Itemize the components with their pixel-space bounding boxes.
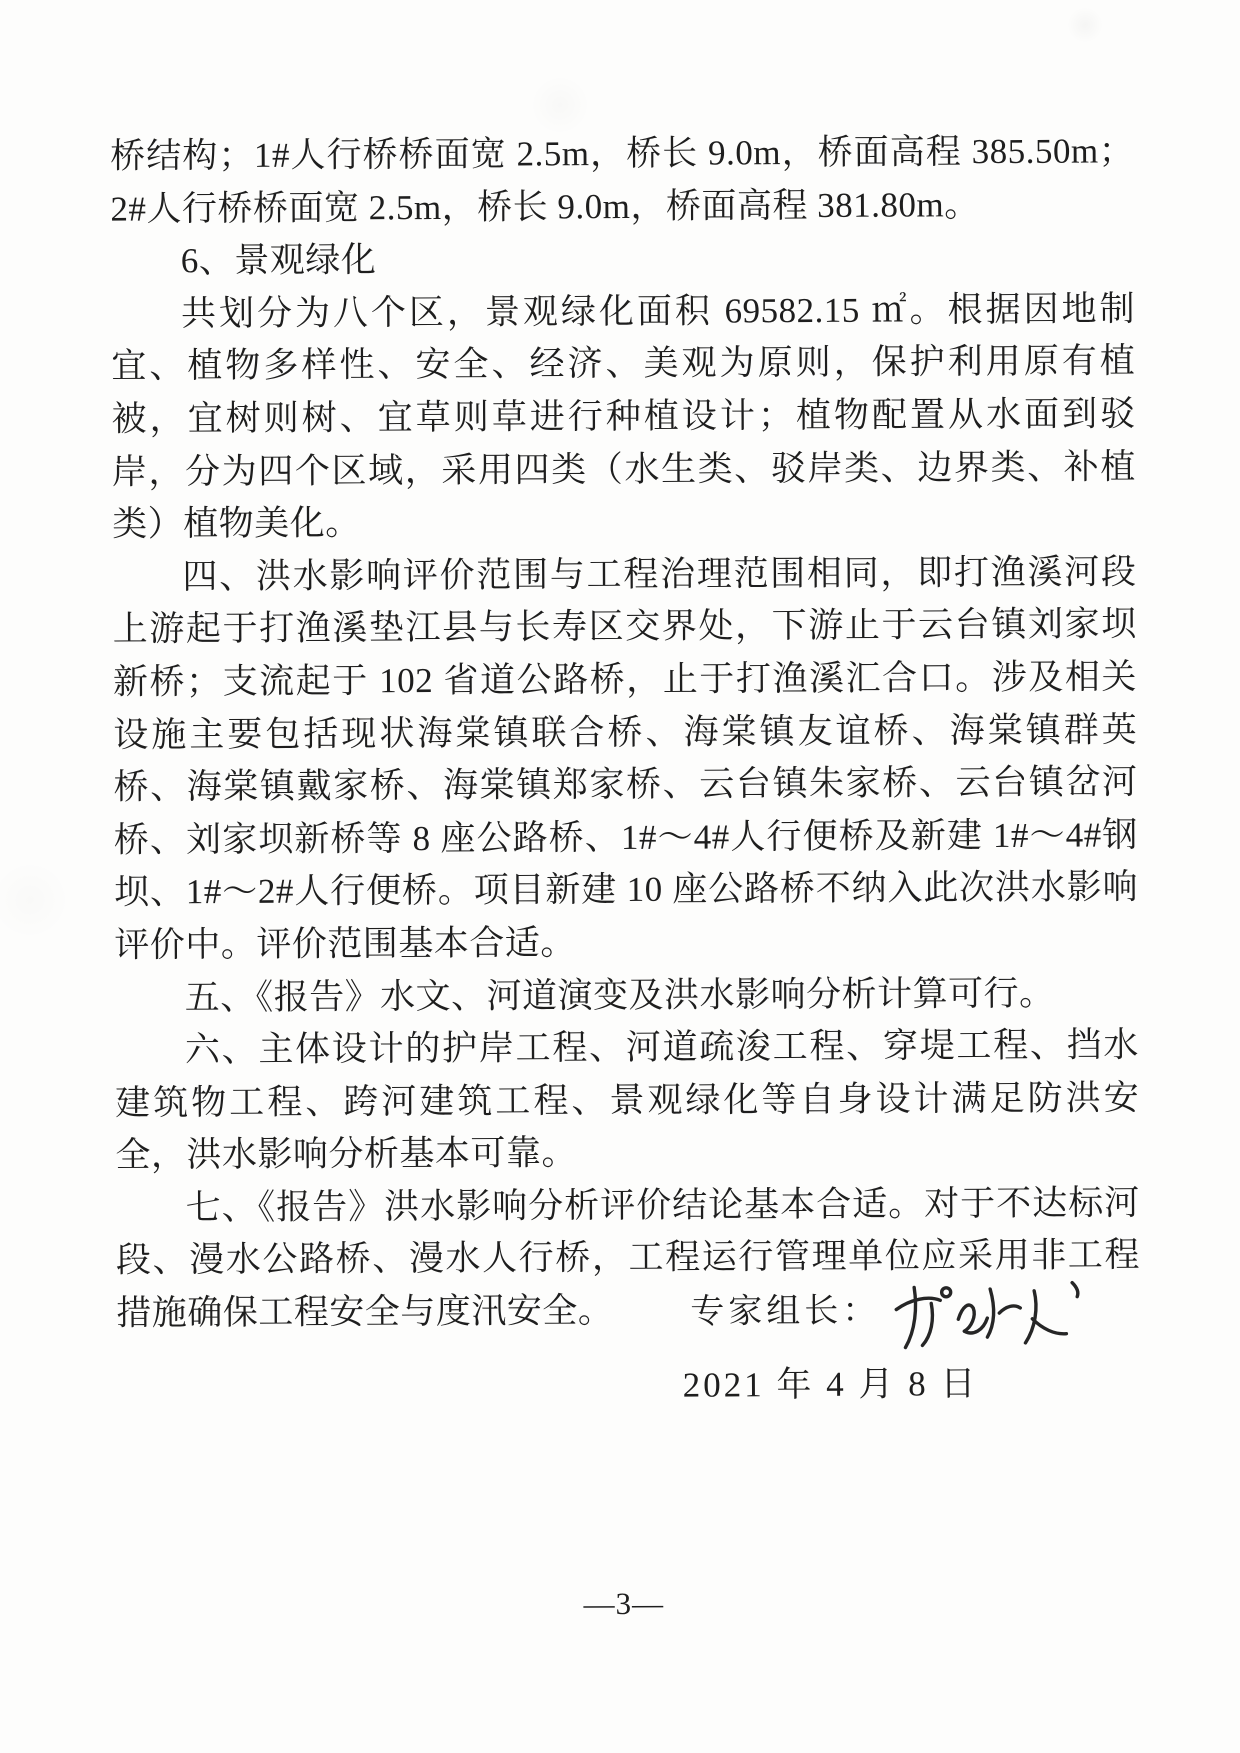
paragraph-bridge-structure: 桥结构；1#人行桥桥面宽 2.5m，桥长 9.0m，桥面高程 385.50m；2… — [110, 125, 1135, 236]
paragraph-item-6-design: 六、主体设计的护岸工程、河道疏浚工程、穿堤工程、挡水建筑物工程、跨河建筑工程、景… — [115, 1019, 1140, 1182]
document-body-text: 桥结构；1#人行桥桥面宽 2.5m，桥长 9.0m，桥面高程 385.50m；2… — [110, 125, 1140, 1340]
paragraph-greening-zones: 共划分为八个区，景观绿化面积 69582.15 ㎡。根据因地制宜、植物多样性、安… — [111, 283, 1136, 551]
expert-group-leader-label: 专家组长： — [690, 1282, 880, 1343]
signature-block: 专家组长： — [690, 1281, 1086, 1365]
paragraph-item-4-scope: 四、洪水影响评价范围与工程治理范围相同，即打渔溪河段上游起于打渔溪垫江县与长寿区… — [112, 546, 1138, 972]
paragraph-item-5-hydrology: 五、《报告》水文、河道演变及洪水影响分析计算可行。 — [114, 967, 1138, 1025]
scan-tilt-layer: 桥结构；1#人行桥桥面宽 2.5m，桥长 9.0m，桥面高程 385.50m；2… — [0, 0, 1240, 1753]
heading-landscape-greening: 6、景观绿化 — [111, 230, 1135, 288]
scanned-document-page: 桥结构；1#人行桥桥面宽 2.5m，桥长 9.0m，桥面高程 385.50m；2… — [0, 0, 1240, 1753]
handwritten-signature — [886, 1275, 1086, 1364]
signature-date: 2021 年 4 月 8 日 — [683, 1356, 979, 1408]
page-number: —3— — [4, 1583, 1240, 1625]
